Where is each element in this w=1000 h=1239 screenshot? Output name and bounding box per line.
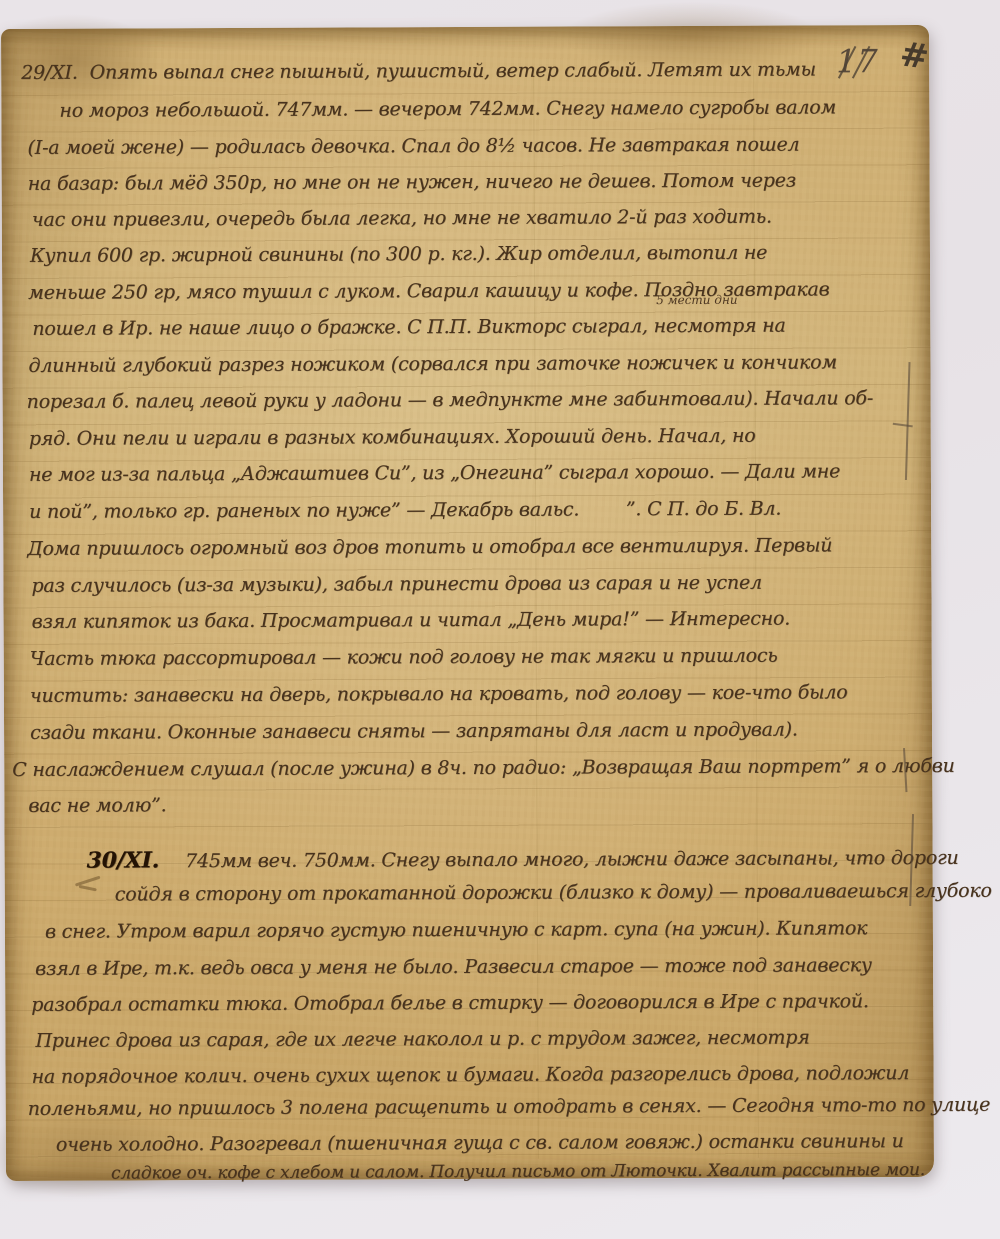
diary-line: сойдя в сторону от прокатанной дорожки (… xyxy=(115,880,992,906)
diary-line: поленьями, но пришлось 3 полена расщепит… xyxy=(28,1094,990,1120)
diary-line: порезал б. палец левой руки у ладони — в… xyxy=(27,387,873,413)
diary-line: сладкое оч. кофе с хлебом и салом. Получ… xyxy=(111,1160,925,1184)
diary-line: Купил 600 гр. жирной свинины (по 300 р. … xyxy=(30,242,767,267)
diary-line: не мог из-за пальца „Аджаштиев Си”, из „… xyxy=(29,460,840,486)
diary-line: Дома пришлось огромный воз дров топить и… xyxy=(27,534,832,560)
page-number-pencil: 17 xyxy=(836,42,879,80)
diary-line: длинный глубокий разрез ножиком (сорвалс… xyxy=(28,351,837,377)
diary-line: взял в Ире, т.к. ведь овса у меня не был… xyxy=(35,954,872,980)
diary-line-text: 745мм веч. 750мм. Снегу выпало много, лы… xyxy=(185,847,959,872)
diary-line: пошел в Ир. не наше лицо о бражке. С П.П… xyxy=(32,315,785,340)
margin-pencil-line xyxy=(905,362,911,480)
overwritten-date-scribble xyxy=(79,885,97,892)
diary-line: вас не молю”. xyxy=(28,794,166,817)
corner-hash-mark: # xyxy=(898,34,932,77)
photo-background: 29/XI.Опять выпал снег пышный, пушистый,… xyxy=(0,0,1000,1239)
diary-line: (I-а моей жене) — родилась девочка. Спал… xyxy=(27,134,799,159)
diary-line: на порядочное колич. очень сухих щепок и… xyxy=(32,1062,910,1088)
diary-line: Принес дрова из сарая, где их легче нако… xyxy=(35,1026,809,1051)
diary-line-text: Опять выпал снег пышный, пушистый, ветер… xyxy=(90,58,816,83)
paper-stain xyxy=(0,13,161,104)
interlinear-note: 5 мести дни xyxy=(656,293,737,307)
entry-date: 29/XI. xyxy=(21,62,78,84)
diary-line: и пой”, только гр. раненых по нуже” — Де… xyxy=(29,498,781,523)
diary-line: очень холодно. Разогревал (пшеничная гущ… xyxy=(56,1130,904,1156)
diary-page: 29/XI.Опять выпал снег пышный, пушистый,… xyxy=(1,25,934,1181)
diary-line: раз случилось (из-за музыки), забыл прин… xyxy=(31,572,762,597)
diary-line: Часть тюка рассортировал — кожи под голо… xyxy=(30,645,778,670)
diary-line: ряд. Они пели и играли в разных комбинац… xyxy=(29,425,756,450)
diary-line: сзади ткани. Оконные занавеси сняты — за… xyxy=(30,719,798,744)
diary-line: час они привезли, очередь была легка, но… xyxy=(32,206,772,231)
diary-line: 29/XI.Опять выпал снег пышный, пушистый,… xyxy=(21,58,816,83)
diary-line: в снег. Утром варил горячо густую пшенич… xyxy=(45,917,867,943)
diary-line: чистить: занавески на дверь, покрывало н… xyxy=(30,681,848,707)
margin-pencil-tick xyxy=(893,423,913,428)
diary-line: С наслаждением слушал (после ужина) в 8ч… xyxy=(12,755,954,781)
diary-line: 30/XI.745мм веч. 750мм. Снегу выпало мно… xyxy=(87,844,959,874)
diary-line: но мороз небольшой. 747мм. — вечером 742… xyxy=(59,96,836,121)
entry-date: 30/XI. xyxy=(87,847,160,873)
diary-line: разобрал остатки тюка. Отобрал белье в с… xyxy=(31,990,869,1016)
diary-line: взял кипяток из бака. Просматривал и чит… xyxy=(32,608,791,633)
diary-line: на базар: был мёд 350р, но мне он не нуж… xyxy=(28,170,796,195)
